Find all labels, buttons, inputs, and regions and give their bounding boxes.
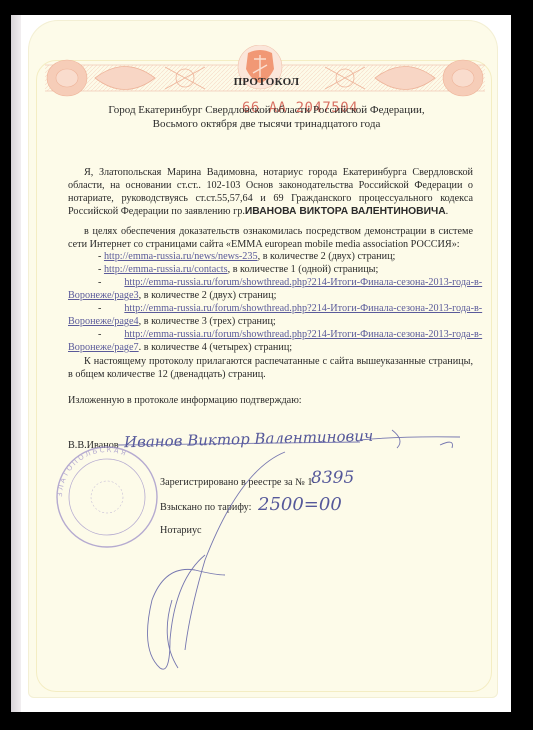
ink-overlay: ЗЛАТОПОЛЬСКАЯ <box>0 0 533 730</box>
svg-text:ЗЛАТОПОЛЬСКАЯ: ЗЛАТОПОЛЬСКАЯ <box>56 446 129 497</box>
notary-seal-stamp: ЗЛАТОПОЛЬСКАЯ <box>56 446 157 547</box>
signature-underline-flourish <box>118 430 460 448</box>
stamp-text: ЗЛАТОПОЛЬСКАЯ <box>56 446 129 497</box>
notary-signature <box>148 452 286 669</box>
